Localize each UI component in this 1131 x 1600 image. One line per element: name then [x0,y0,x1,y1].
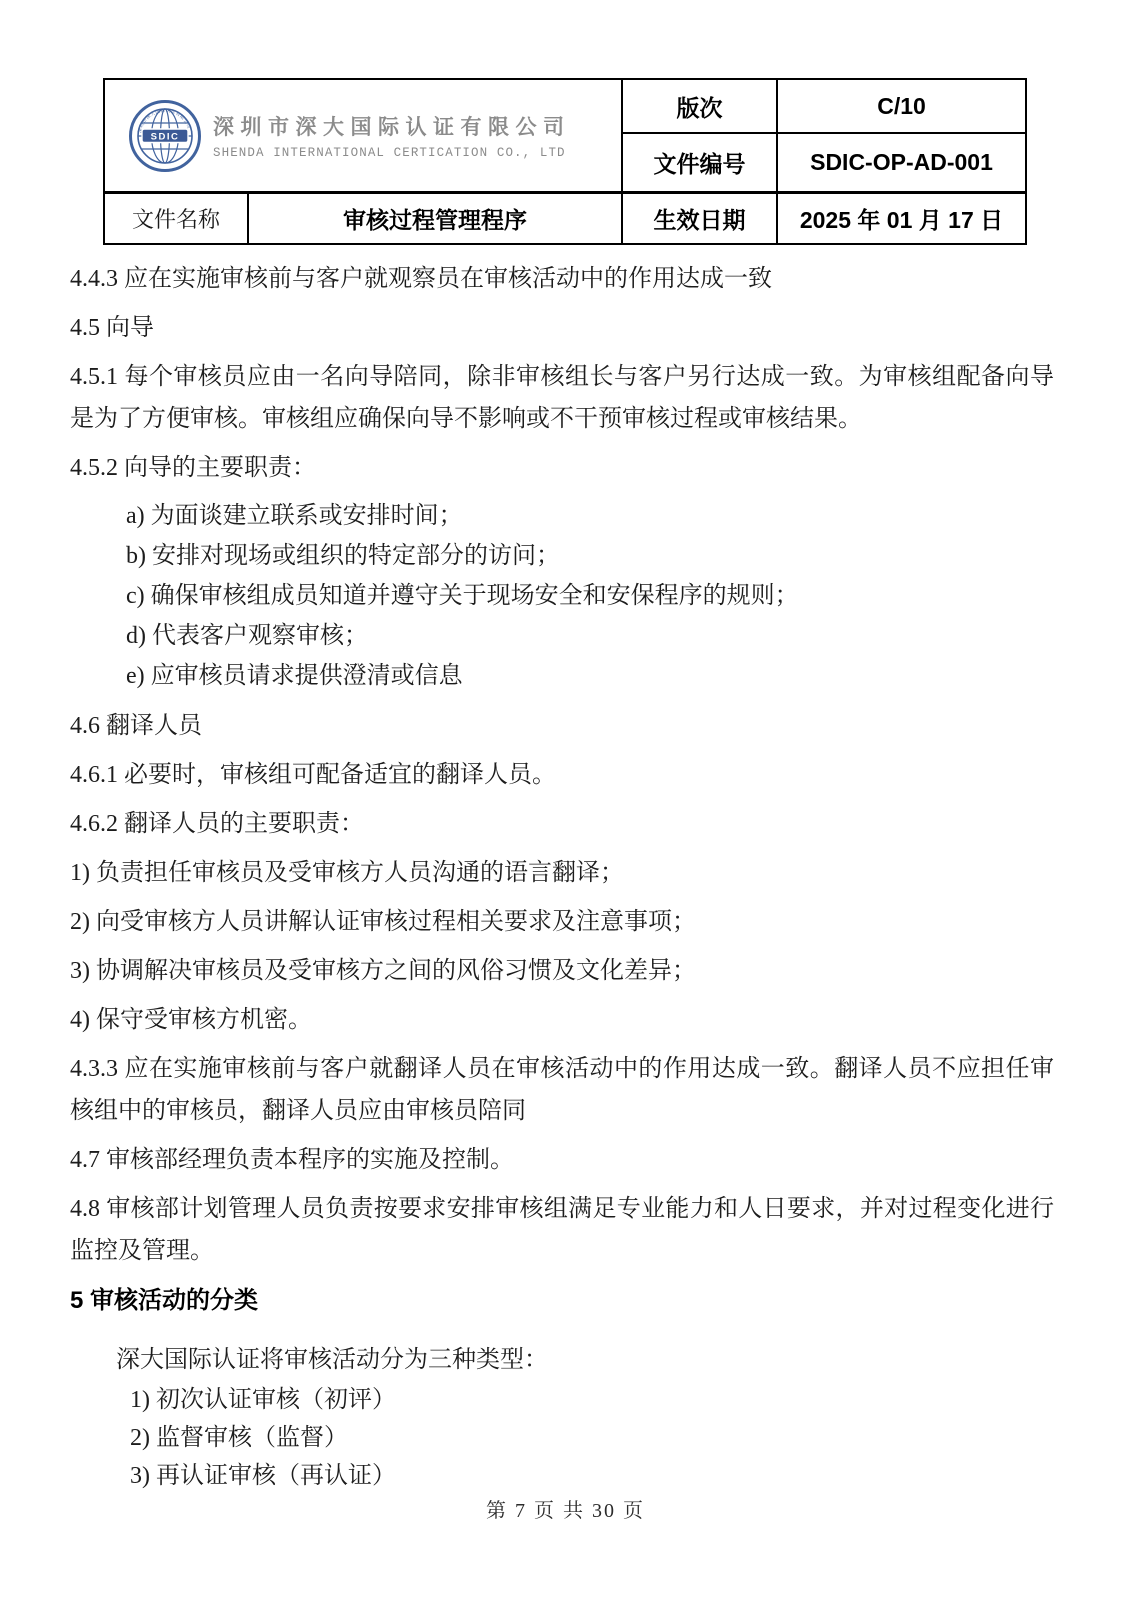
guide-duty-e: e) 应审核员请求提供澄清或信息 [70,656,1054,696]
translator-duty-1: 1) 负责担任审核员及受审核方人员沟通的语言翻译； [70,852,1054,894]
audit-type-1: 1) 初次认证审核（初评） [70,1381,1054,1419]
doc-number-label: 文件编号 [623,134,778,193]
guide-duty-d: d) 代表客户观察审核； [70,616,1054,656]
document-header-table: 深圳市深大国际认证有限公司 SDIC 深圳市深大国际认证有限公司 SHENDA … [103,78,1027,245]
clause-4-7: 4.7 审核部经理负责本程序的实施及控制。 [70,1139,1054,1181]
translator-duty-3: 3) 协调解决审核员及受审核方之间的风俗习惯及文化差异； [70,950,1054,992]
company-names: 深圳市深大国际认证有限公司 SHENDA INTERNATIONAL CERTI… [213,111,571,160]
doc-number-value: SDIC-OP-AD-001 [778,134,1025,193]
company-name-cn: 深圳市深大国际认证有限公司 [213,111,571,141]
guide-duty-b: b) 安排对现场或组织的特定部分的访问； [70,536,1054,576]
clause-4-4-3: 4.4.3 应在实施审核前与客户就观察员在审核活动中的作用达成一致 [70,258,1054,300]
clause-4-5: 4.5 向导 [70,307,1054,349]
page-footer: 第 7 页 共 30 页 [0,1494,1131,1523]
clause-4-5-2: 4.5.2 向导的主要职责： [70,447,1054,489]
effective-date-label: 生效日期 [623,193,778,243]
company-name-en: SHENDA INTERNATIONAL CERTICATION CO., LT… [213,146,571,160]
effective-date-value: 2025 年 01 月 17 日 [778,193,1025,243]
clause-4-5-1: 4.5.1 每个审核员应由一名向导陪同，除非审核组长与客户另行达成一致。为审核组… [70,356,1054,440]
clause-4-8: 4.8 审核部计划管理人员负责按要求安排审核组满足专业能力和人日要求，并对过程变… [70,1188,1054,1272]
section-5-heading: 5 审核活动的分类 [70,1279,1054,1323]
doc-name-value: 审核过程管理程序 [249,193,623,243]
audit-type-3: 3) 再认证审核（再认证） [70,1457,1054,1495]
guide-duty-c: c) 确保审核组成员知道并遵守关于现场安全和安保程序的规则； [70,576,1054,616]
logo-badge-text: SDIC [151,131,180,142]
clause-4-6-1: 4.6.1 必要时，审核组可配备适宜的翻译人员。 [70,754,1054,796]
document-page: 深圳市深大国际认证有限公司 SDIC 深圳市深大国际认证有限公司 SHENDA … [0,0,1131,1600]
clause-4-6-2: 4.6.2 翻译人员的主要职责： [70,803,1054,845]
company-logo-icon: 深圳市深大国际认证有限公司 SDIC [127,98,203,174]
translator-duty-4: 4) 保守受审核方机密。 [70,999,1054,1041]
version-value: C/10 [778,80,1025,134]
version-label: 版次 [623,80,778,134]
company-logo-cell: 深圳市深大国际认证有限公司 SDIC 深圳市深大国际认证有限公司 SHENDA … [105,80,623,193]
document-body: 4.4.3 应在实施审核前与客户就观察员在审核活动中的作用达成一致4.5 向导4… [70,258,1054,1495]
clause-4-3-3: 4.3.3 应在实施审核前与客户就翻译人员在审核活动中的作用达成一致。翻译人员不… [70,1048,1054,1132]
translator-duty-2: 2) 向受审核方人员讲解认证审核过程相关要求及注意事项； [70,901,1054,943]
audit-type-2: 2) 监督审核（监督） [70,1419,1054,1457]
page-number: 第 7 页 共 30 页 [486,1500,645,1522]
clause-4-6: 4.6 翻译人员 [70,705,1054,747]
doc-name-label: 文件名称 [105,193,249,243]
guide-duty-a: a) 为面谈建立联系或安排时间； [70,496,1054,536]
audit-types-intro: 深大国际认证将审核活动分为三种类型： [70,1339,1054,1381]
